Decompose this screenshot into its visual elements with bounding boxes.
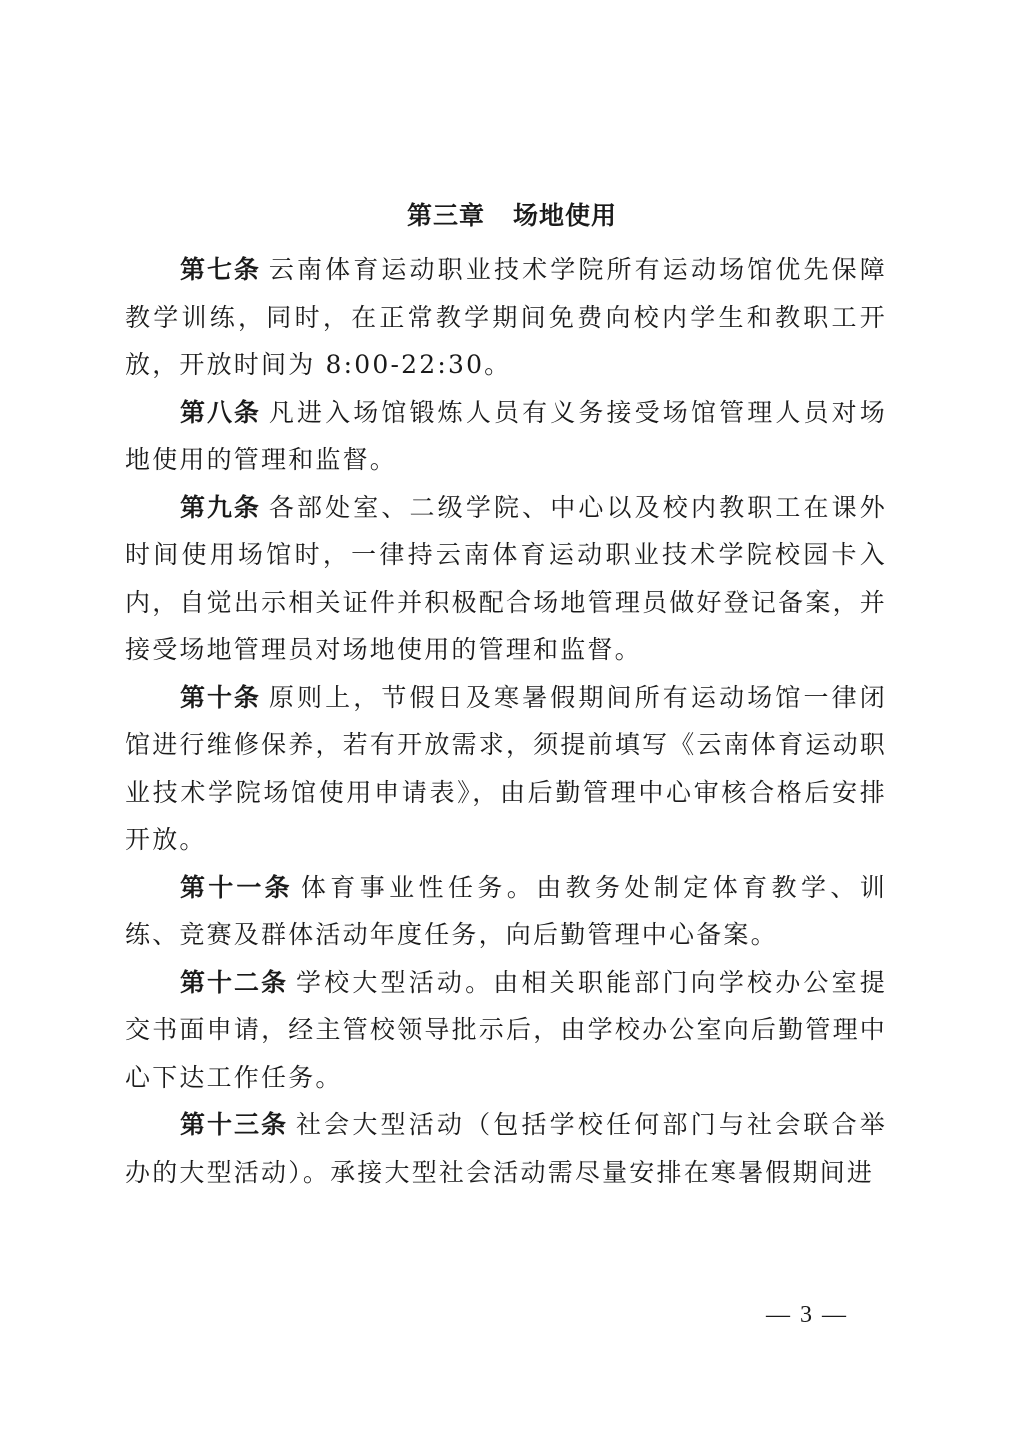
article-13: 第十三条社会大型活动（包括学校任何部门与社会联合举办的大型活动）。承接大型社会活…	[125, 1101, 887, 1196]
article-label: 第十三条	[180, 1110, 288, 1139]
article-7: 第七条云南体育运动职业技术学院所有运动场馆优先保障教学训练，同时，在正常教学期间…	[125, 246, 887, 389]
chapter-number: 第三章	[407, 201, 485, 230]
article-9: 第九条各部处室、二级学院、中心以及校内教职工在课外时间使用场馆时，一律持云南体育…	[125, 484, 887, 674]
article-label: 第十一条	[180, 873, 293, 902]
article-10: 第十条原则上，节假日及寒暑假期间所有运动场馆一律闭馆进行维修保养，若有开放需求，…	[125, 674, 887, 864]
article-11: 第十一条体育事业性任务。由教务处制定体育教学、训练、竞赛及群体活动年度任务，向后…	[125, 864, 887, 959]
article-8: 第八条凡进入场馆锻炼人员有义务接受场馆管理人员对场地使用的管理和监督。	[125, 389, 887, 484]
article-label: 第十二条	[180, 968, 288, 997]
page-number: — 3 —	[766, 1302, 848, 1329]
document-page: 第三章场地使用 第七条云南体育运动职业技术学院所有运动场馆优先保障教学训练，同时…	[0, 0, 1024, 1447]
document-body: 第七条云南体育运动职业技术学院所有运动场馆优先保障教学训练，同时，在正常教学期间…	[125, 246, 887, 1196]
article-label: 第八条	[180, 398, 261, 427]
article-label: 第九条	[180, 493, 261, 522]
article-12: 第十二条学校大型活动。由相关职能部门向学校办公室提交书面申请，经主管校领导批示后…	[125, 959, 887, 1102]
article-label: 第十条	[180, 683, 261, 712]
article-label: 第七条	[180, 255, 261, 284]
chapter-title: 第三章场地使用	[0, 196, 1024, 232]
chapter-name: 场地使用	[513, 201, 617, 230]
